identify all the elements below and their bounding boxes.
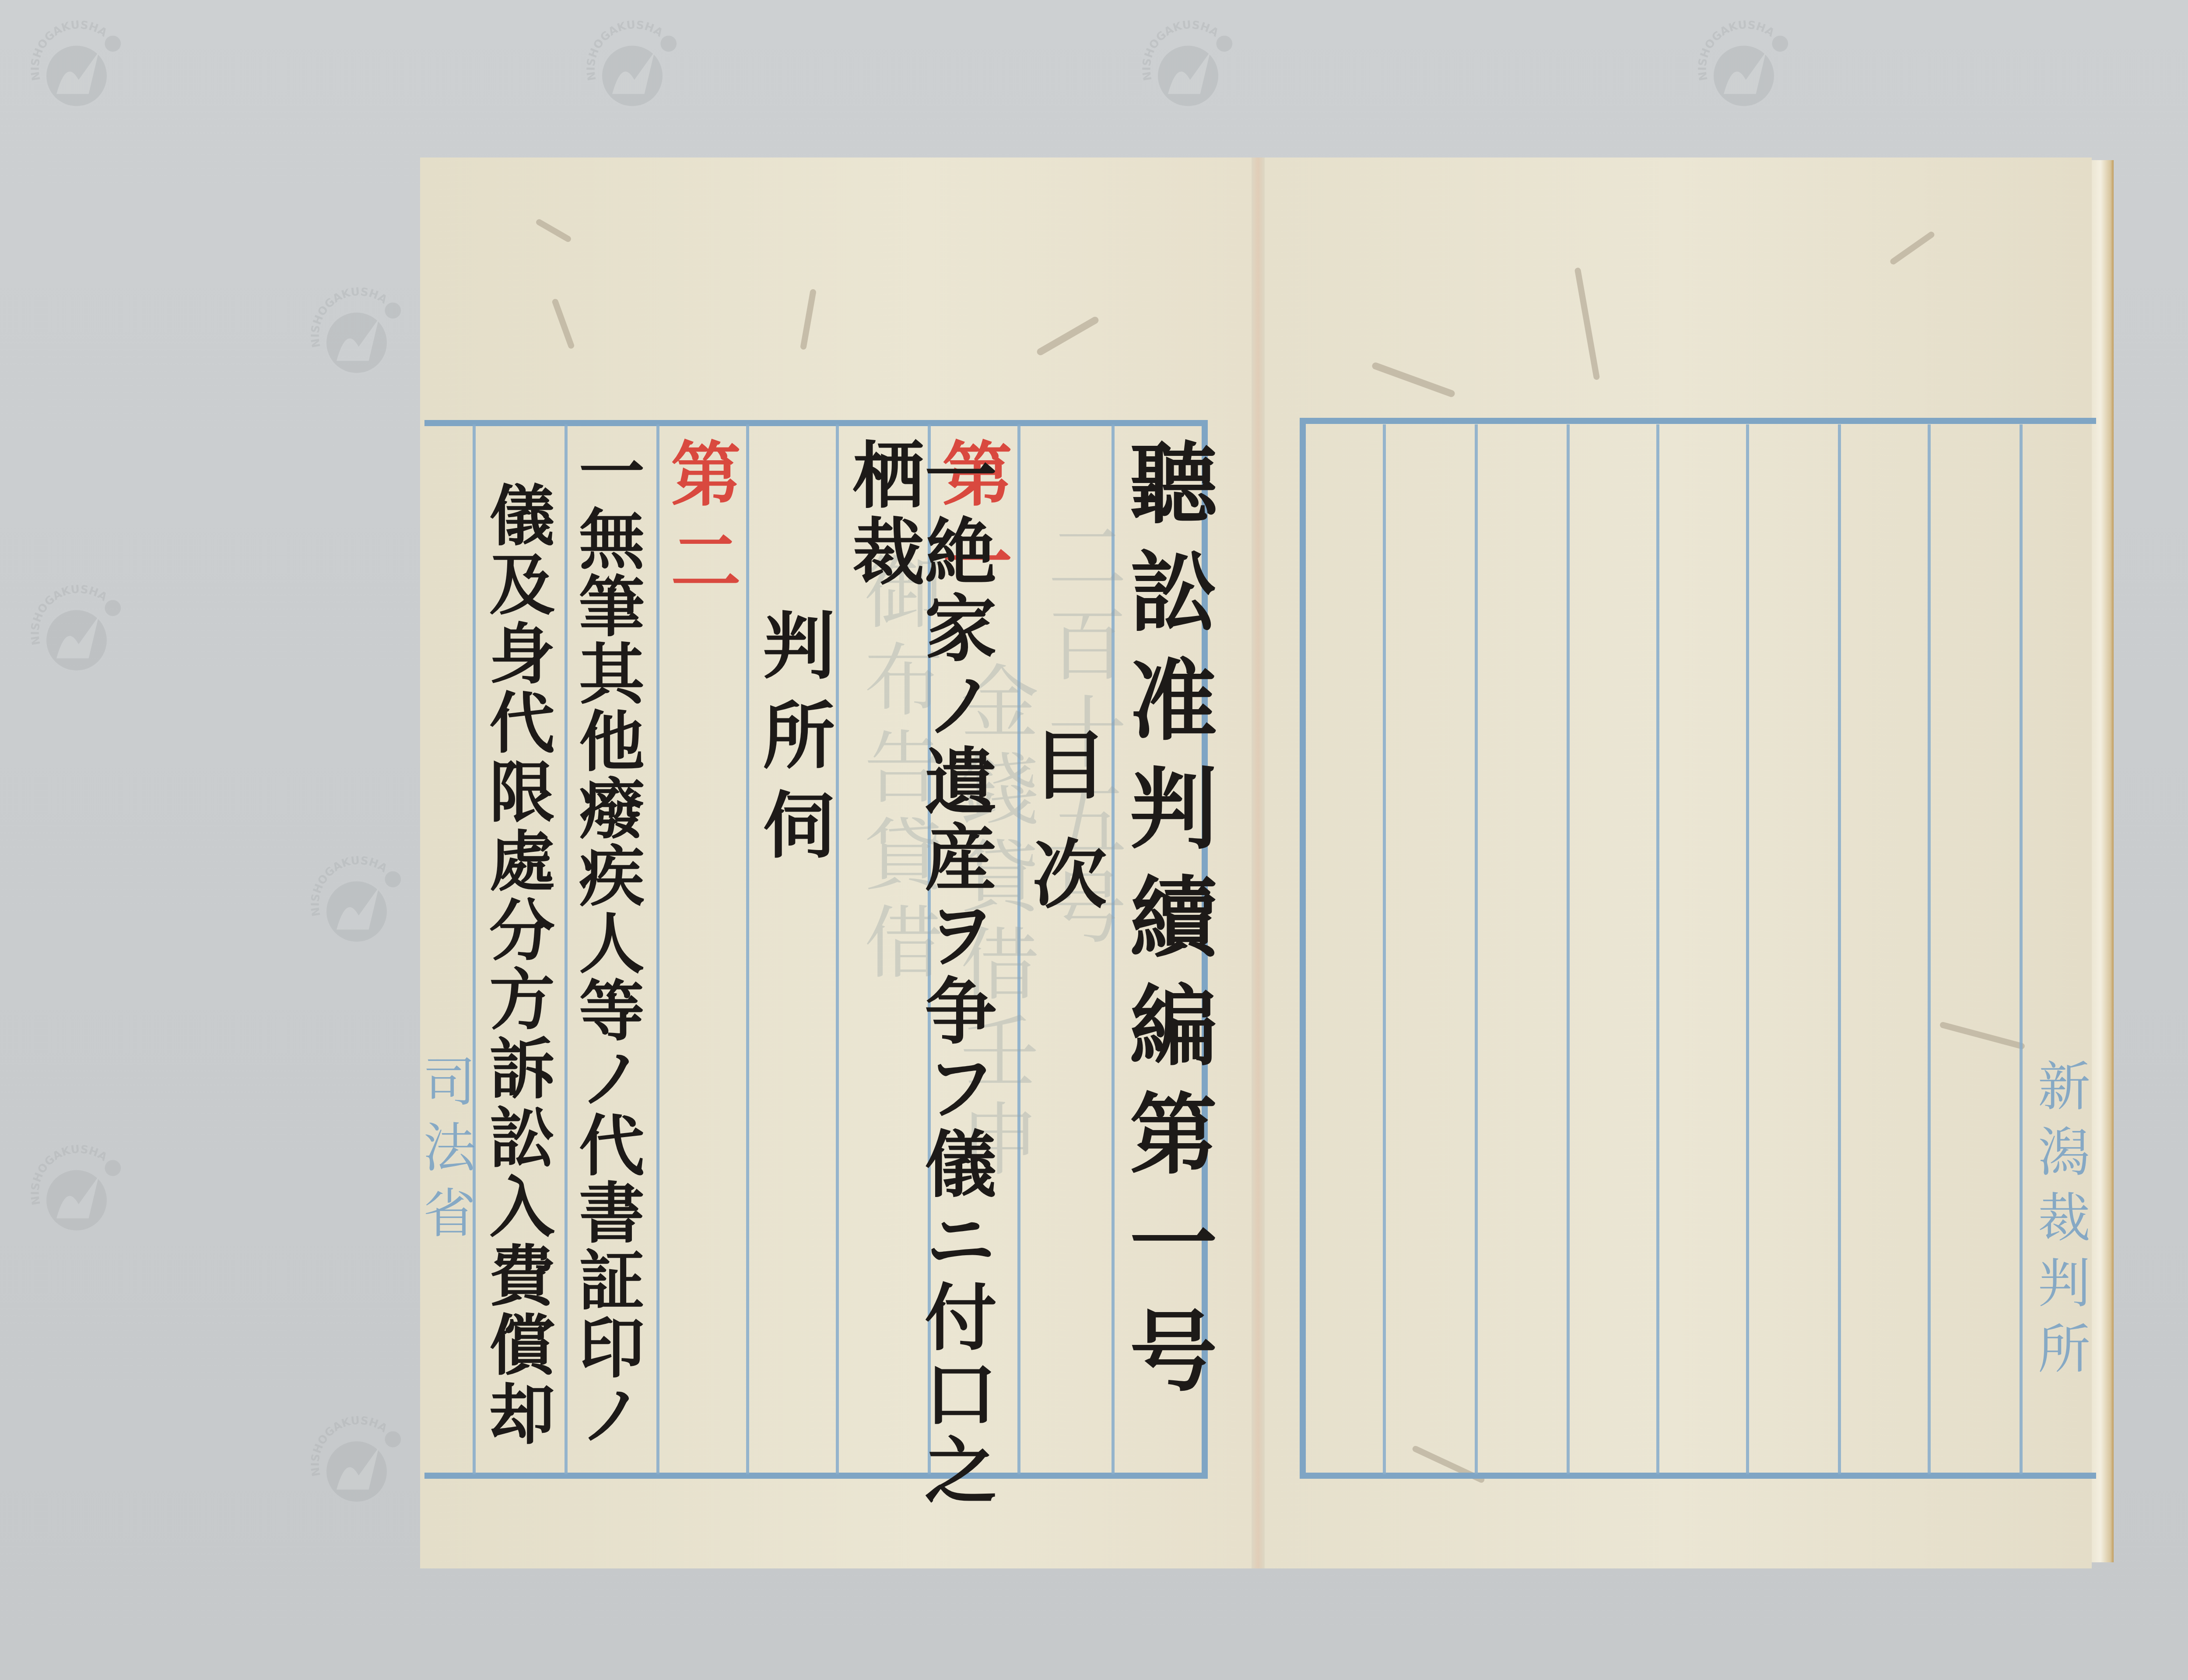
watermark-logo-icon: NISHOGAKUSHA — [306, 853, 407, 954]
section-1-entry-line-2: 判所伺 — [757, 608, 829, 877]
watermark-logo-icon: NISHOGAKUSHA — [26, 582, 127, 682]
watermark-logo-icon: NISHOGAKUSHA — [582, 17, 683, 118]
column-rule — [746, 424, 749, 1474]
right-margin-printed-label: 新潟裁判所 — [2022, 1059, 2097, 1387]
book-gutter — [1252, 157, 1265, 1568]
watermark-logo-icon: NISHOGAKUSHA — [306, 284, 407, 385]
section-1-entry-line-1: 一絶家ノ遺産ヲ争フ儀ニ付口之栖裁 — [847, 437, 991, 1568]
document-title: 聽訟准判續編第一号 — [1122, 437, 1210, 1414]
column-rule — [1928, 424, 1931, 1474]
watermark-logo-icon: NISHOGAKUSHA — [1138, 17, 1238, 118]
section-2-number: 第二 — [665, 437, 735, 612]
open-book: 二百十五号 金錢貸借壬申 御布告貸借 司法省 聽訟准判續編第一号 目次 第一 一… — [420, 157, 2114, 1568]
column-rule — [1567, 424, 1570, 1474]
watermark-logo-icon: NISHOGAKUSHA — [1694, 17, 1794, 118]
left-margin-printed-label: 司法省 — [407, 1054, 482, 1251]
column-rule — [1838, 424, 1841, 1474]
column-rule — [1746, 424, 1749, 1474]
column-rule — [836, 424, 839, 1474]
column-rule — [473, 424, 476, 1474]
column-rule — [1475, 424, 1478, 1474]
section-2-entry-line-1: 一無筆其他癈疾人等ノ代書証印ノ — [573, 437, 639, 1448]
watermark-logo-icon: NISHOGAKUSHA — [26, 1142, 127, 1242]
column-rule — [1383, 424, 1386, 1474]
watermark-logo-icon: NISHOGAKUSHA — [306, 1413, 407, 1514]
right-page-frame — [1300, 418, 2096, 1479]
section-2-entry-line-2: 儀及身代限處分方訴訟入費償却 — [484, 481, 549, 1449]
column-rule — [1656, 424, 1659, 1474]
column-rule — [565, 424, 568, 1474]
contents-heading: 目次 — [1026, 726, 1101, 945]
watermark-logo-icon: NISHOGAKUSHA — [26, 17, 127, 118]
